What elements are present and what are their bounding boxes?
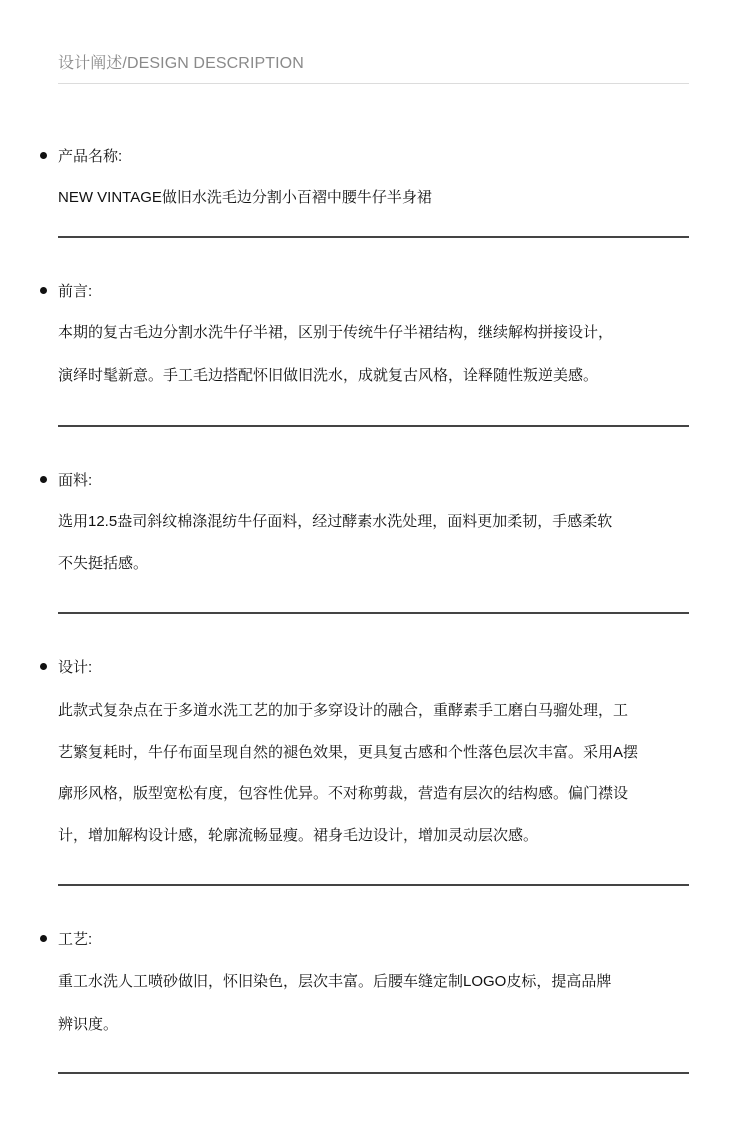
section-divider <box>58 884 689 886</box>
section-divider <box>58 612 689 614</box>
section-label: 前言: <box>58 280 92 301</box>
section-text-line: 选用12.5盎司斜纹棉涤混纺牛仔面料，经过酵素水洗处理，面料更加柔韧，手感柔软 <box>58 510 612 531</box>
section-craft-label: 工艺: <box>40 928 92 948</box>
section-text-line: 重工水洗人工喷砂做旧，怀旧染色，层次丰富。后腰车缝定制LOGO皮标，提高品牌 <box>58 970 611 991</box>
bullet-icon <box>40 152 47 159</box>
bullet-icon <box>40 935 47 942</box>
header-title: 设计阐述/DESIGN DESCRIPTION <box>58 50 304 73</box>
section-divider <box>58 236 689 238</box>
section-text-line: 不失挺括感。 <box>58 552 148 573</box>
bullet-icon <box>40 476 47 483</box>
section-design-label: 设计: <box>40 656 92 676</box>
section-divider <box>58 425 689 427</box>
section-text-line: 廓形风格，版型宽松有度，包容性优异。不对称剪裁，营造有层次的结构感。偏门襟设 <box>58 782 628 803</box>
section-label: 工艺: <box>58 928 92 949</box>
section-label: 产品名称: <box>58 145 122 166</box>
section-product-name-label: 产品名称: <box>40 145 122 165</box>
section-text-line: 此款式复杂点在于多道水洗工艺的加于多穿设计的融合，重酵素手工磨白马骝处理，工 <box>58 699 628 720</box>
section-preface-label: 前言: <box>40 280 92 300</box>
bullet-icon <box>40 663 47 670</box>
section-label: 面料: <box>58 469 92 490</box>
header-divider <box>58 83 689 84</box>
section-text-line: 艺繁复耗时，牛仔布面呈现自然的褪色效果，更具复古感和个性落色层次丰富。采用A摆 <box>58 741 638 762</box>
section-text-line: 本期的复古毛边分割水洗牛仔半裙，区别于传统牛仔半裙结构，继续解构拼接设计， <box>58 321 613 342</box>
bullet-icon <box>40 287 47 294</box>
section-fabric-label: 面料: <box>40 469 92 489</box>
section-divider <box>58 1072 689 1074</box>
section-text-line: NEW VINTAGE做旧水洗毛边分割小百褶中腰牛仔半身裙 <box>58 186 432 207</box>
section-text-line: 计，增加解构设计感，轮廓流畅显瘦。裙身毛边设计，增加灵动层次感。 <box>58 824 538 845</box>
section-text-line: 演绎时髦新意。手工毛边搭配怀旧做旧洗水，成就复古风格，诠释随性叛逆美感。 <box>58 364 598 385</box>
section-label: 设计: <box>58 656 92 677</box>
section-text-line: 辨识度。 <box>58 1013 118 1034</box>
